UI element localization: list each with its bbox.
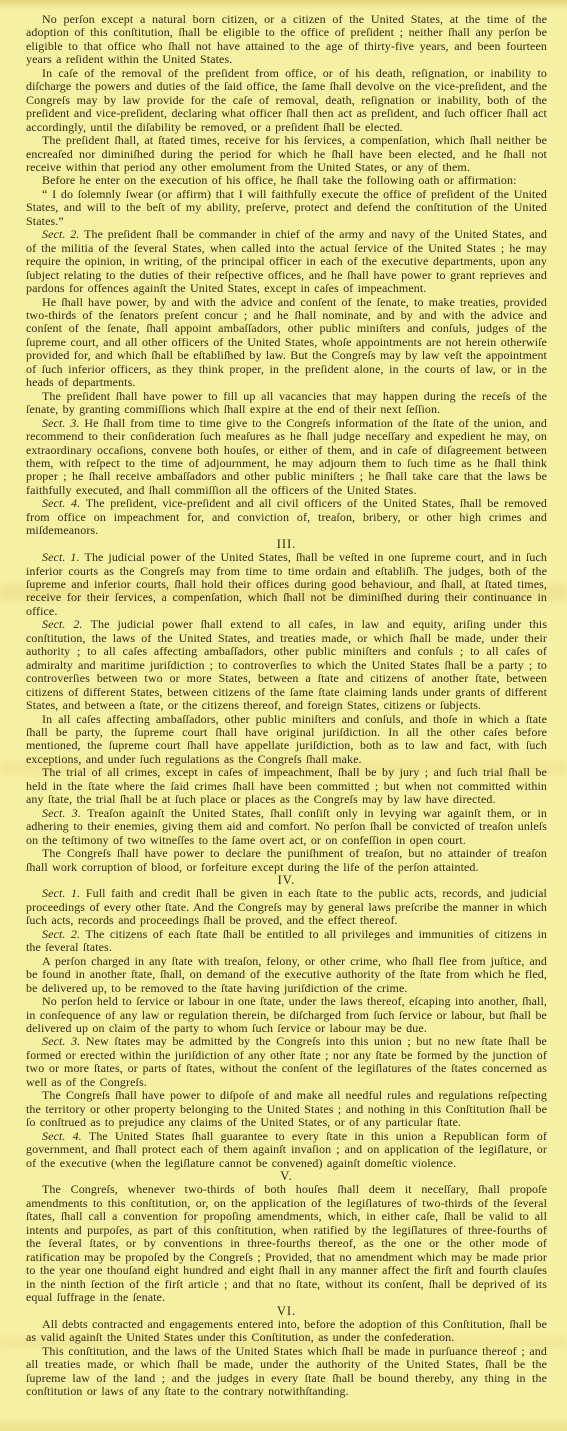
section-label: Sect. 3. [42,806,87,820]
paragraph: Before he enter on the execution of his … [26,174,547,187]
document-page: No perſon except a natural born citizen,… [0,0,567,1431]
section-label: Sect. 1. [42,886,86,900]
article-heading: III. [26,538,547,551]
section-label: Sect. 2. [42,617,91,631]
paragraph: “ I do ſolemnly ſwear (or affirm) that I… [26,188,547,228]
section-paragraph: Sect. 3. He ſhall from time to time give… [26,417,547,498]
section-paragraph: Sect. 3. Treaſon againſt the United Stat… [26,807,547,847]
section-label: Sect. 2. [42,927,86,941]
paragraph: In caſe of the removal of the preſident … [26,67,547,134]
article-heading: V. [26,1170,547,1183]
section-paragraph: Sect. 2. The citizens of each ſtate ſhal… [26,928,547,955]
paragraph: The trial of all crimes, except in caſes… [26,766,547,806]
paragraph: No perſon held to ſervice or labour in o… [26,995,547,1035]
paragraph: This conſtitution, and the laws of the U… [26,1345,547,1399]
section-label: Sect. 4. [42,1129,89,1143]
paragraph: The preſident ſhall, at ſtated times, re… [26,134,547,174]
paragraph: The Congreſs, whenever two-thirds of bot… [26,1183,547,1304]
section-label: Sect. 1. [42,550,85,564]
section-paragraph: Sect. 2. The preſident ſhall be commande… [26,228,547,295]
paper-aging-band [0,1417,567,1431]
article-heading: VI. [26,1305,547,1318]
section-paragraph: Sect. 1. Full faith and credit ſhall be … [26,887,547,927]
paragraph: The Congreſs ſhall have power to declare… [26,847,547,874]
section-paragraph: Sect. 4. The United States ſhall guarant… [26,1130,547,1170]
article-heading: IV. [26,874,547,887]
section-paragraph: Sect. 3. New ſtates may be admitted by t… [26,1035,547,1089]
section-label: Sect. 3. [42,416,84,430]
paragraph: The Congreſs ſhall have power to diſpoſe… [26,1089,547,1129]
section-paragraph: Sect. 1. The judicial power of the Unite… [26,551,547,618]
paragraph: No perſon except a natural born citizen,… [26,13,547,67]
section-paragraph: Sect. 2. The judicial power ſhall extend… [26,618,547,712]
section-label: Sect. 2. [42,227,84,241]
paragraph: In all caſes affecting ambaſſadors, othe… [26,713,547,767]
paper-aging-band [0,0,567,10]
section-label: Sect. 3. [42,1034,86,1048]
section-paragraph: Sect. 4. The preſident, vice-preſident a… [26,497,547,537]
paragraph: A perſon charged in any ſtate with treaſ… [26,955,547,995]
document-body: No perſon except a natural born citizen,… [26,13,547,1399]
paragraph: The preſident ſhall have power to fill u… [26,390,547,417]
section-label: Sect. 4. [42,496,86,510]
paragraph: All debts contracted and engagements ent… [26,1318,547,1345]
paragraph: He ſhall have power, by and with the adv… [26,296,547,390]
